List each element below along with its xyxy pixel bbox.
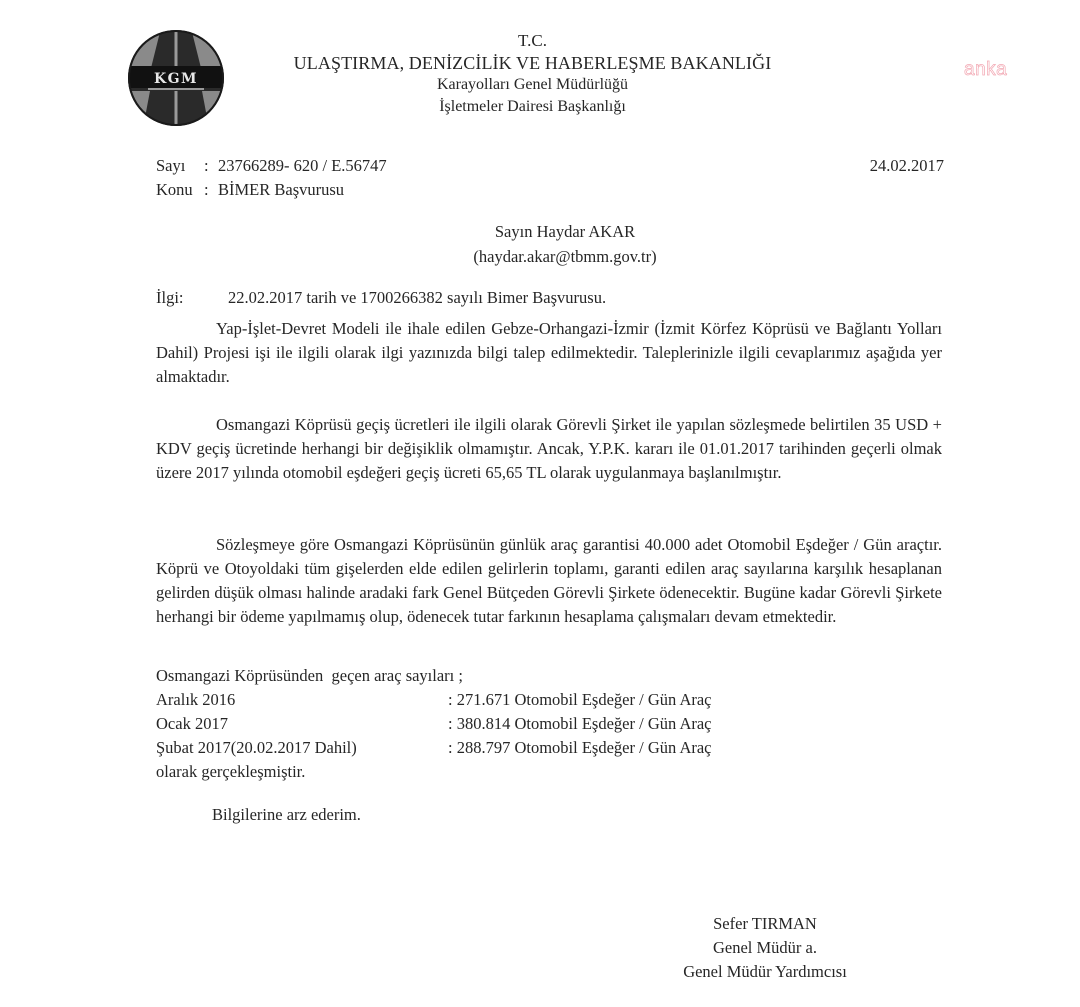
vehicle-counts-intro: Osmangazi Köprüsünden geçen araç sayılar…	[156, 664, 712, 688]
konu-separator: :	[204, 178, 218, 202]
addressee: Sayın Haydar AKAR (haydar.akar@tbmm.gov.…	[300, 219, 830, 269]
sayi-value: 23766289- 620 / E.56747	[218, 154, 387, 178]
document-date: 24.02.2017	[870, 154, 944, 178]
letterhead-department: İşletmeler Dairesi Başkanlığı	[270, 96, 795, 118]
letterhead: T.C. ULAŞTIRMA, DENİZCİLİK VE HABERLEŞME…	[270, 30, 795, 118]
sayi-label: Sayı	[156, 154, 204, 178]
letterhead-ministry: ULAŞTIRMA, DENİZCİLİK VE HABERLEŞME BAKA…	[270, 52, 795, 74]
sayi-row: Sayı : 23766289- 620 / E.56747	[156, 154, 387, 178]
svg-text:KGM: KGM	[154, 71, 198, 87]
count-row: Aralık 2016 : 271.671 Otomobil Eşdeğer /…	[156, 688, 712, 712]
konu-value: BİMER Başvurusu	[218, 178, 344, 202]
body-paragraph-3: Sözleşmeye göre Osmangazi Köprüsünün gün…	[156, 533, 942, 629]
document-meta: Sayı : 23766289- 620 / E.56747 Konu : Bİ…	[156, 154, 387, 202]
letterhead-tc: T.C.	[270, 30, 795, 52]
anka-watermark: anka	[964, 59, 1007, 81]
signature-block: Sefer TIRMAN Genel Müdür a. Genel Müdür …	[650, 912, 880, 984]
body-paragraph-1: Yap-İşlet-Devret Modeli ile ihale edilen…	[156, 317, 942, 389]
konu-label: Konu	[156, 178, 204, 202]
signatory-name: Sefer TIRMAN	[650, 912, 880, 936]
letterhead-directorate: Karayolları Genel Müdürlüğü	[270, 74, 795, 96]
addressee-email: (haydar.akar@tbmm.gov.tr)	[300, 244, 830, 269]
addressee-name: Sayın Haydar AKAR	[300, 219, 830, 244]
count-value: : 380.814 Otomobil Eşdeğer / Gün Araç	[448, 712, 712, 736]
count-value: : 288.797 Otomobil Eşdeğer / Gün Araç	[448, 736, 712, 760]
count-row: Ocak 2017 : 380.814 Otomobil Eşdeğer / G…	[156, 712, 712, 736]
reference-value: 22.02.2017 tarih ve 1700266382 sayılı Bi…	[228, 286, 606, 310]
body-paragraph-2: Osmangazi Köprüsü geçiş ücretleri ile il…	[156, 413, 942, 485]
kgm-road-emblem-icon: KGM	[126, 28, 226, 128]
closing-line: Bilgilerine arz ederim.	[212, 803, 361, 827]
vehicle-counts-outro: olarak gerçekleşmiştir.	[156, 760, 712, 784]
count-period: Şubat 2017(20.02.2017 Dahil)	[156, 736, 448, 760]
count-value: : 271.671 Otomobil Eşdeğer / Gün Araç	[448, 688, 712, 712]
konu-row: Konu : BİMER Başvurusu	[156, 178, 387, 202]
reference-line: İlgi: 22.02.2017 tarih ve 1700266382 say…	[156, 286, 606, 310]
signatory-title: Genel Müdür a.	[650, 936, 880, 960]
sayi-separator: :	[204, 154, 218, 178]
count-row: Şubat 2017(20.02.2017 Dahil) : 288.797 O…	[156, 736, 712, 760]
reference-label: İlgi:	[156, 286, 228, 310]
signatory-position: Genel Müdür Yardımcısı	[650, 960, 880, 984]
vehicle-counts: Osmangazi Köprüsünden geçen araç sayılar…	[156, 664, 712, 784]
count-period: Aralık 2016	[156, 688, 448, 712]
count-period: Ocak 2017	[156, 712, 448, 736]
kgm-logo: KGM	[126, 28, 226, 128]
